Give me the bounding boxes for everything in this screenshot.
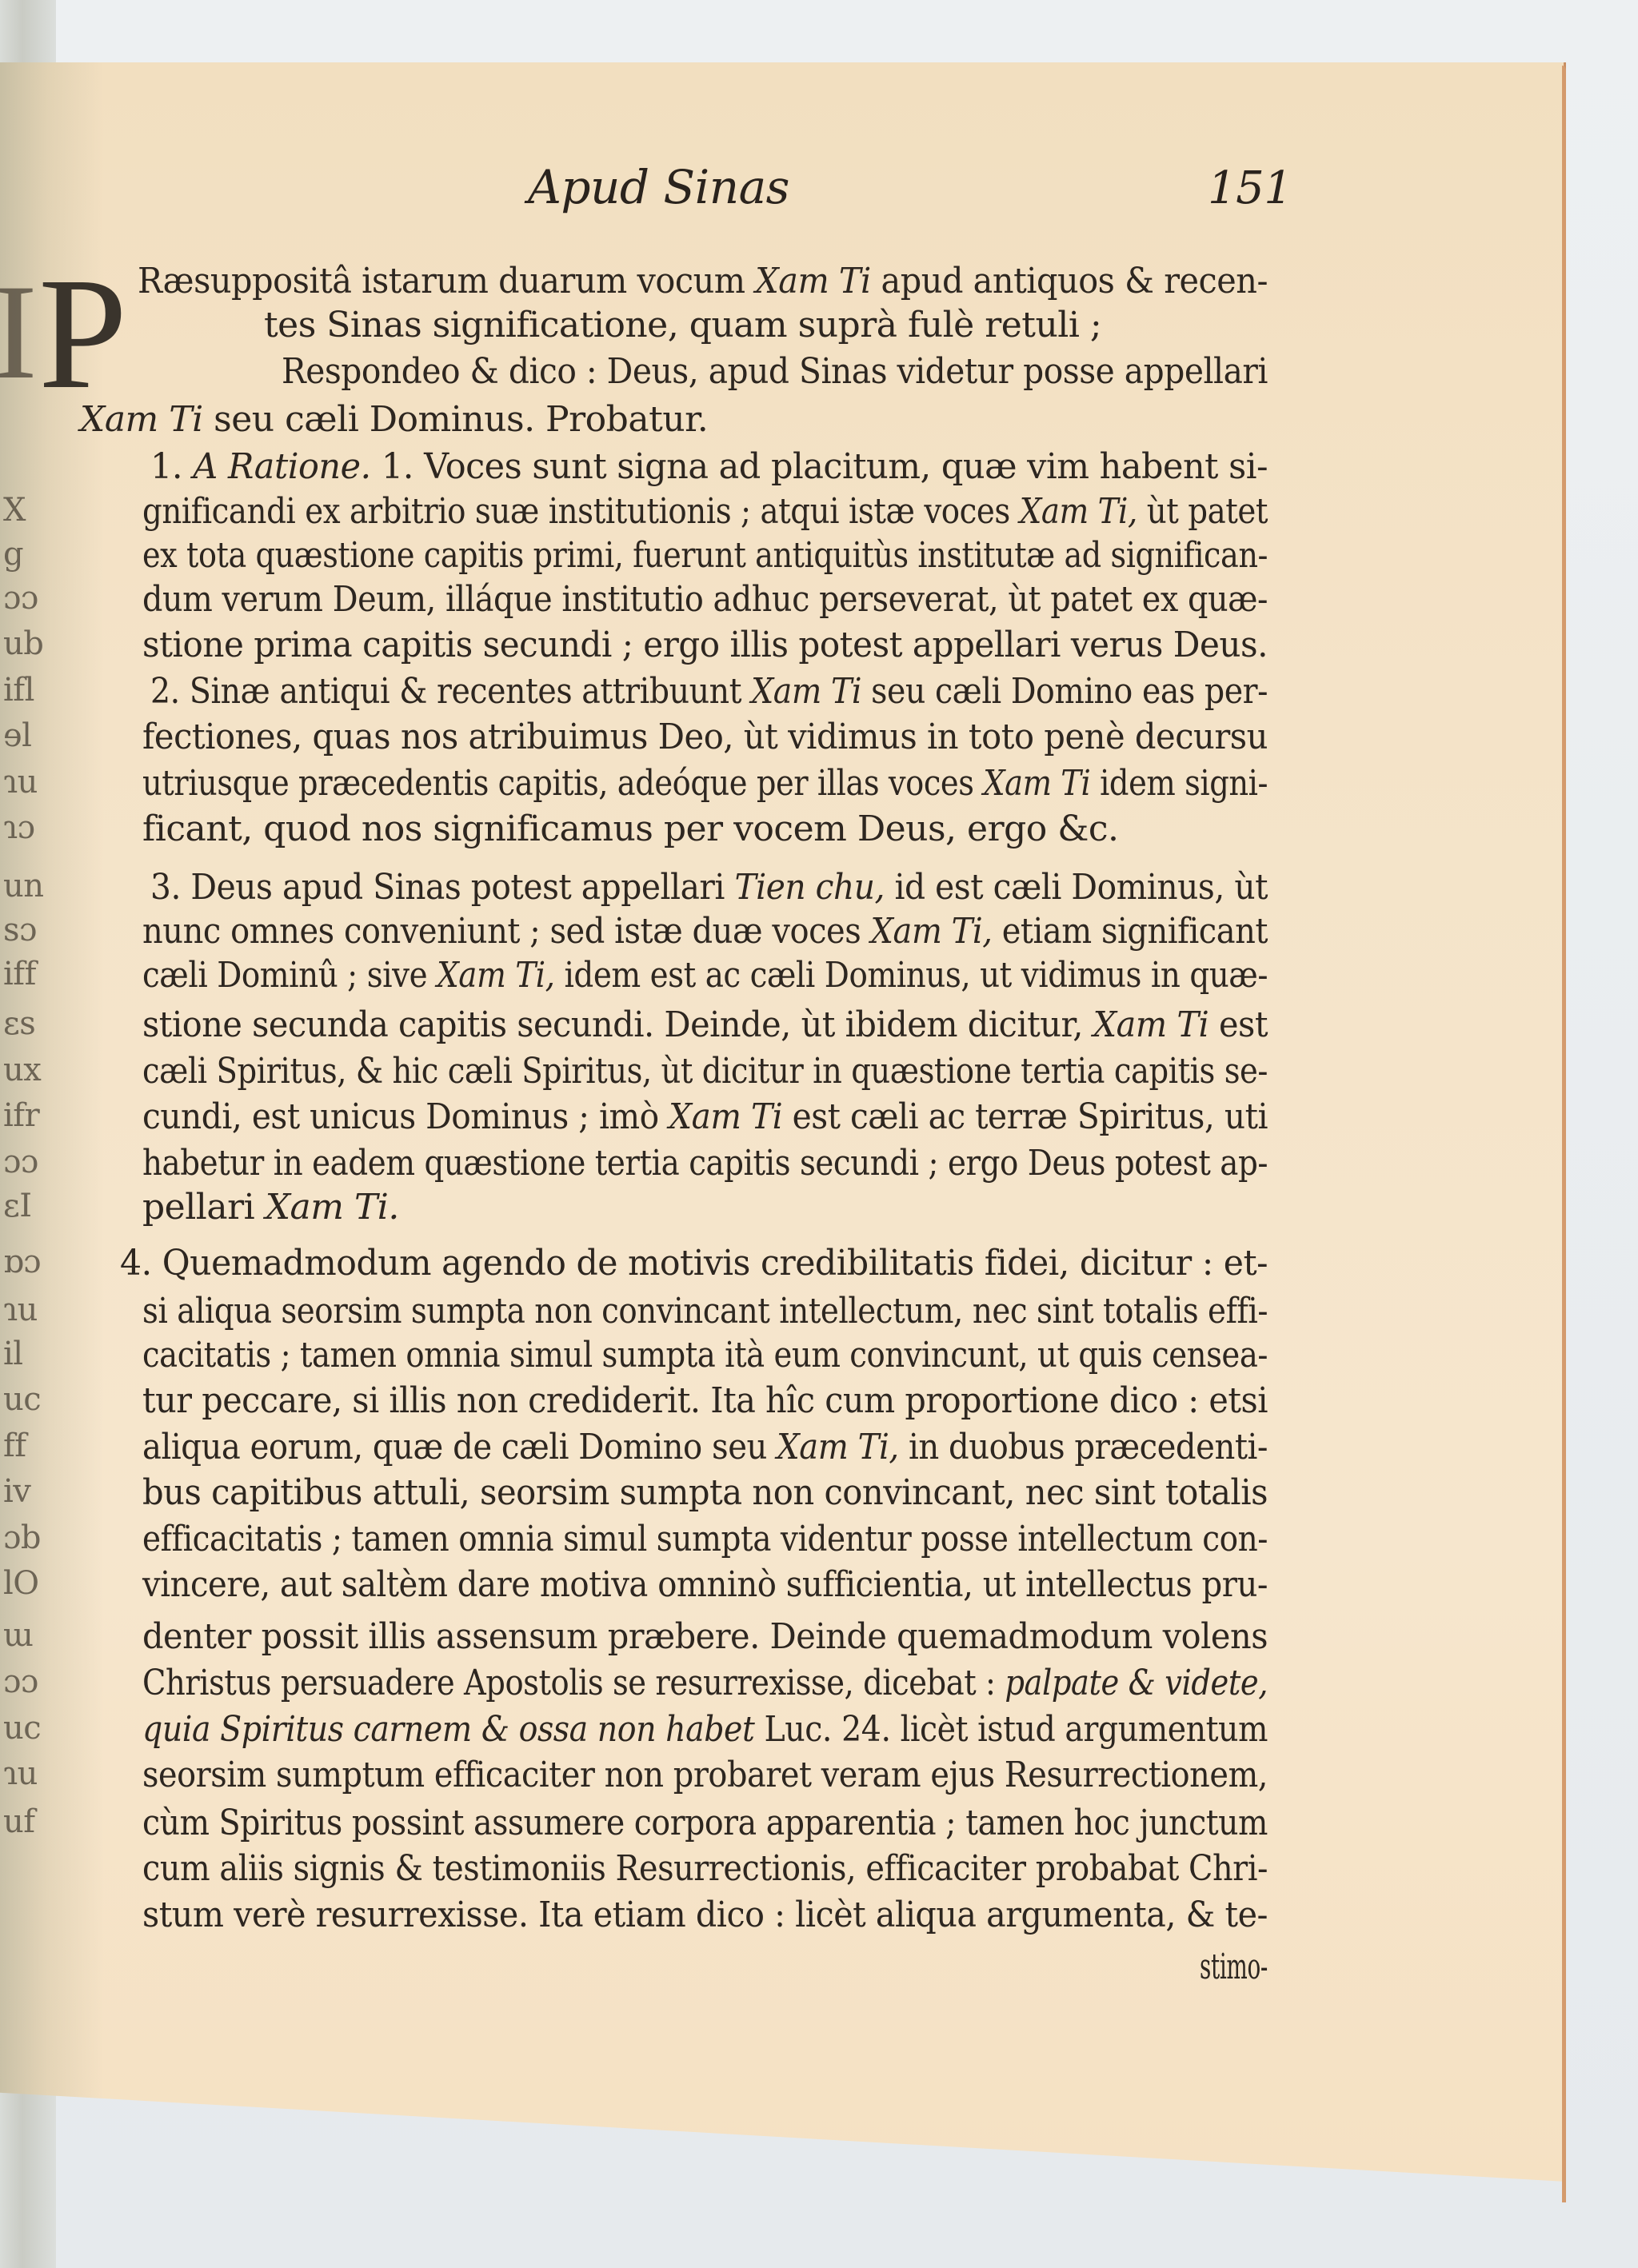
italic-span: A Ratione. [193,446,370,487]
bleed-fragment: il [3,1338,23,1370]
roman-span: Ræsuppositâ istarum duarum vocum [138,261,755,301]
roman-span: si aliqua seorsim sumpta non convincant … [142,1291,1268,1332]
roman-span: 1. Voces sunt signa ad placitum, quæ vim… [371,446,1268,487]
roman-span: est cæli ac terræ Spiritus, uti [782,1096,1268,1137]
bleed-fragment: ff [3,1430,26,1462]
bleed-fragment: ux [3,1054,41,1086]
text-line: Respondeo & dico : Deus, apud Sinas vide… [282,354,1268,389]
roman-span: vincere, aut saltèm dare motiva omninò s… [142,1564,1268,1605]
roman-span: Respondeo & dico : Deus, apud Sinas vide… [282,351,1268,392]
roman-span: in duobus præcedenti- [899,1427,1268,1467]
italic-span: Xam Ti, [437,955,554,996]
bleed-fragment: ɔb [3,1522,41,1554]
italic-span: palpate & videte, [1005,1663,1268,1703]
bleed-fragment: iff [3,958,36,990]
text-line: pellari Xam Ti. [142,1190,399,1225]
text-line: 1. A Ratione. 1. Voces sunt signa ad pla… [150,449,1268,485]
roman-span: fectiones, quas nos atribuimus Deo, ùt v… [142,717,1268,757]
bleed-fragment: ɿɔ [3,812,35,844]
roman-span: Luc. 24. licèt istud argumentum [754,1709,1268,1750]
bleed-fragment: ifr [3,1100,39,1132]
roman-span: idem est ac cæli Dominus, ut vidimus in … [555,955,1268,996]
running-header: Apud Sinas [528,164,789,210]
text-line: ex tota quæstione capitis primi, fuerunt… [142,538,1268,573]
text-line: 4. Quemadmodum agendo de motivis credibi… [120,1246,1268,1281]
page-fore-edge [1562,66,1566,2202]
italic-span: Tien chu, [734,867,885,908]
text-line: cùm Spiritus possint assumere corpora ap… [142,1806,1268,1841]
text-line: bus capitibus attuli, seorsim sumpta non… [142,1475,1268,1511]
roman-span: 3. Deus apud Sinas potest appellari [150,867,734,908]
roman-span: cundi, est unicus Dominus ; imò [142,1096,669,1137]
bleed-fragment: ɔɔ [3,582,38,614]
text-line: stum verè resurrexisse. Ita etiam dico :… [142,1898,1268,1933]
roman-span: ùt patet [1137,491,1268,532]
bleed-fragment: un [3,870,44,902]
roman-span: seu cæli Domino eas per- [861,671,1268,712]
roman-span: nunc omnes conveniunt ; sed istæ duæ voc… [142,911,871,952]
roman-span: ex tota quæstione capitis primi, fuerunt… [142,535,1268,576]
italic-span: quia Spiritus carnem & ossa non habet [142,1709,754,1750]
text-line: Xam Ti seu cæli Dominus. Probatur. [80,402,708,437]
roman-span: 4. Quemadmodum agendo de motivis credibi… [120,1243,1268,1284]
bleed-fragment: lO [3,1567,39,1599]
text-line: seorsim sumptum efficaciter non probaret… [142,1758,1268,1793]
bleed-fragment: ɯ [3,1619,33,1651]
italic-span: Xam Ti [755,261,871,301]
text-line: Christus persuadere Apostolis se resurre… [142,1666,1268,1701]
roman-span: habetur in eadem quæstione tertia capiti… [142,1143,1268,1184]
roman-span: cacitatis ; tamen omnia simul sumpta ità… [142,1335,1268,1376]
roman-span: apud antiquos & recen- [871,261,1268,301]
italic-span: Xam Ti, [777,1427,898,1467]
roman-span: cæli Dominû ; sive [142,955,437,996]
text-line: cum aliis signis & testimoniis Resurrect… [142,1851,1268,1887]
roman-span: stimo- [1200,1947,1268,1987]
roman-span: Christus persuadere Apostolis se resurre… [142,1663,1005,1703]
roman-span: tes Sinas significatione, quam suprà ful… [264,305,1101,345]
roman-span: seu cæli Dominus. Probatur. [203,399,709,440]
italic-span: Xam Ti, [871,911,993,952]
text-line: stimo- [1200,1950,1268,1985]
bleed-fragment: sɔ [3,914,37,946]
text-line: gnificandi ex arbitrio suæ institutionis… [142,494,1268,529]
bleed-fragment: ɛs [3,1008,35,1040]
roman-span: cùm Spiritus possint assumere corpora ap… [142,1803,1268,1843]
bleed-fragment: ɛI [3,1190,32,1222]
text-line: stione secunda capitis secundi. Deinde, … [142,1008,1268,1043]
text-line: Ræsuppositâ istarum duarum vocum Xam Ti … [138,264,1268,299]
bleed-fragment: ɔɔ [3,1146,38,1178]
italic-span: Xam Ti [669,1096,782,1137]
text-line: tur peccare, si illis non crediderit. It… [142,1384,1268,1419]
bleed-fragment: ɿu [3,1294,38,1326]
text-line: cæli Dominû ; sive Xam Ti, idem est ac c… [142,958,1268,993]
bleed-fragment: ɿu [3,766,38,798]
bleed-fragment: ɒɔ [3,1246,41,1278]
drop-cap-initial: P [38,254,127,414]
roman-span: denter possit illis assensum præbere. De… [142,1616,1268,1657]
text-line: habetur in eadem quæstione tertia capiti… [142,1146,1268,1181]
bleed-fragment: uc [3,1384,41,1416]
roman-span: cæli Spiritus, & hic cæli Spiritus, ùt d… [142,1051,1268,1092]
roman-span: etiam significant [992,911,1268,952]
text-line: nunc omnes conveniunt ; sed istæ duæ voc… [142,914,1268,949]
text-line: si aliqua seorsim sumpta non convincant … [142,1294,1268,1329]
text-line: utriusque præcedentis capitis, adeóque p… [142,766,1268,801]
roman-span: id est cæli Dominus, ùt [885,867,1268,908]
roman-span: cum aliis signis & testimoniis Resurrect… [142,1848,1268,1889]
text-line: quia Spiritus carnem & ossa non habet Lu… [142,1712,1268,1747]
text-line: aliqua eorum, quæ de cæli Domino seu Xam… [142,1430,1268,1465]
bleed-fragment: g [3,538,23,570]
italic-span: Xam Ti [1093,1004,1209,1045]
italic-span: Xam Ti [983,763,1090,804]
roman-span: stum verè resurrexisse. Ita etiam dico :… [142,1895,1268,1935]
bleed-fragment: uc [3,1712,41,1744]
roman-span: aliqua eorum, quæ de cæli Domino seu [142,1427,777,1467]
bleed-fragment: X [3,494,26,526]
roman-span: gnificandi ex arbitrio suæ institutionis… [142,491,1020,532]
roman-span: tur peccare, si illis non crediderit. It… [142,1380,1268,1421]
roman-span: 1. [150,446,193,487]
text-line: cacitatis ; tamen omnia simul sumpta ità… [142,1338,1268,1373]
roman-span: 2. Sinæ antiqui & recentes attribuunt [150,671,751,712]
text-line: efficacitatis ; tamen omnia simul sumpta… [142,1522,1268,1557]
text-line: vincere, aut saltèm dare motiva omninò s… [142,1567,1268,1603]
bleed-fragment: ub [3,628,43,660]
text-line: cæli Spiritus, & hic cæli Spiritus, ùt d… [142,1054,1268,1089]
roman-span: utriusque præcedentis capitis, adeóque p… [142,763,983,804]
roman-span: pellari [142,1187,266,1228]
italic-span: Xam Ti [80,399,203,440]
bleed-fragment: ɘl [3,720,31,752]
text-line: 2. Sinæ antiqui & recentes attribuunt Xa… [150,674,1268,709]
text-line: ficant, quod nos significamus per vocem … [142,812,1119,847]
roman-span: est [1209,1004,1268,1045]
roman-span: seorsim sumptum efficaciter non probaret… [142,1755,1268,1795]
roman-span: ficant, quod nos significamus per vocem … [142,809,1119,849]
italic-span: Xam Ti, [1020,491,1137,532]
text-line: stione prima capitis secundi ; ergo illi… [142,628,1268,663]
dropcap-bleed-through: I [0,264,38,400]
bleed-fragment: ɿu [3,1758,38,1790]
roman-span: stione prima capitis secundi ; ergo illi… [142,625,1268,665]
roman-span: bus capitibus attuli, seorsim sumpta non… [142,1472,1268,1513]
bleed-fragment: iv [3,1475,30,1507]
bleed-fragment: uf [3,1806,35,1838]
roman-span: idem signi- [1090,763,1268,804]
text-line: dum verum Deum, illáque institutio adhuc… [142,582,1268,617]
italic-span: Xam Ti. [266,1187,399,1228]
roman-span: dum verum Deum, illáque institutio adhuc… [142,579,1268,620]
text-line: 3. Deus apud Sinas potest appellari Tien… [150,870,1268,905]
bleed-fragment: ɔɔ [3,1666,38,1698]
page-number: 151 [1208,166,1292,211]
roman-span: efficacitatis ; tamen omnia simul sumpta… [142,1519,1268,1559]
bleed-fragment: ifl [3,674,34,706]
text-line: tes Sinas significatione, quam suprà ful… [264,308,1101,343]
roman-span: stione secunda capitis secundi. Deinde, … [142,1004,1093,1045]
italic-span: Xam Ti [751,671,861,712]
text-line: fectiones, quas nos atribuimus Deo, ùt v… [142,720,1268,755]
text-line: denter possit illis assensum præbere. De… [142,1619,1268,1655]
text-line: cundi, est unicus Dominus ; imò Xam Ti e… [142,1100,1268,1135]
